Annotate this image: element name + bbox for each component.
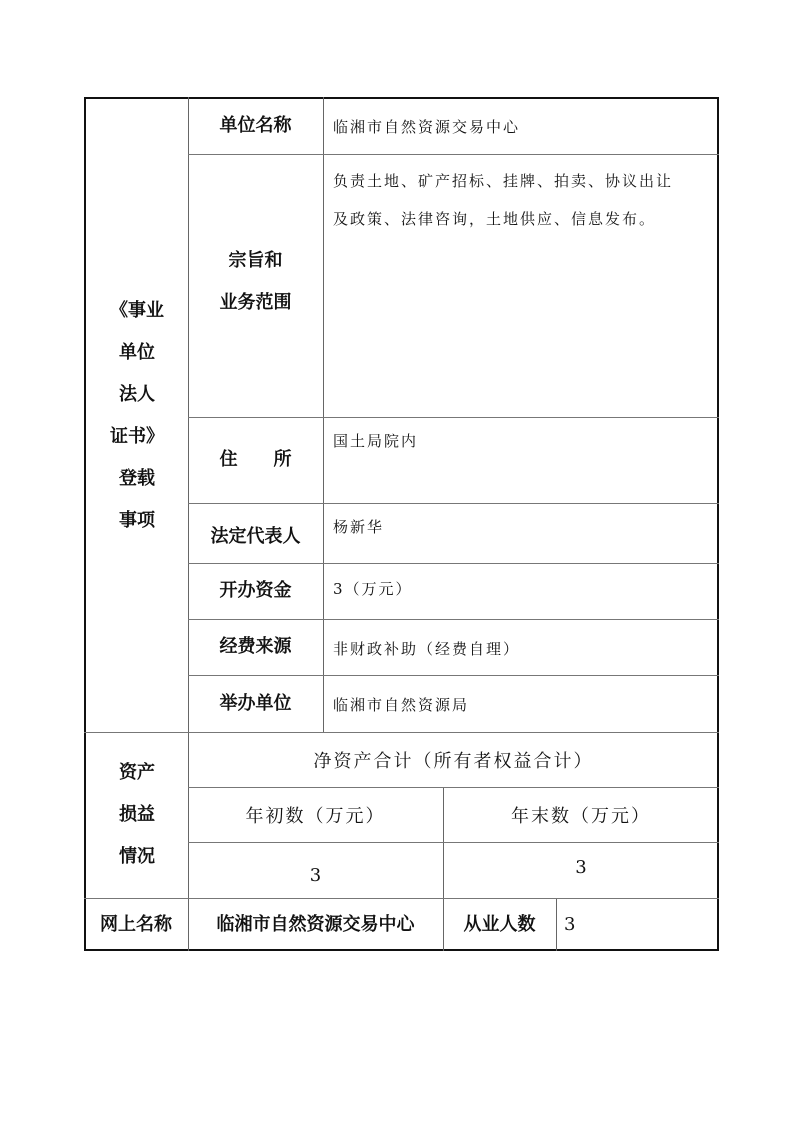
divider bbox=[188, 154, 719, 155]
online-name-label: 网上名称 bbox=[84, 898, 188, 951]
label-line: 情况 bbox=[86, 836, 188, 878]
label-line: 业务范围 bbox=[220, 282, 292, 324]
end-label: 年末数（万元） bbox=[443, 787, 719, 842]
text-line: 及政策、法律咨询，土地供应、信息发布。 bbox=[333, 200, 673, 238]
sponsor-label: 举办单位 bbox=[188, 675, 323, 732]
legal-rep-value: 杨新华 bbox=[323, 516, 384, 537]
end-value: 3 bbox=[443, 842, 719, 898]
begin-label: 年初数（万元） bbox=[188, 787, 443, 842]
sponsor-value: 临湘市自然资源局 bbox=[323, 694, 469, 715]
label-line: 《事业 bbox=[86, 290, 188, 332]
staff-count-value: 3 bbox=[564, 898, 575, 951]
capital-label: 开办资金 bbox=[188, 563, 323, 619]
staff-count-label: 从业人数 bbox=[443, 898, 556, 951]
legal-rep-label: 法定代表人 bbox=[188, 503, 323, 563]
label-line: 损益 bbox=[86, 794, 188, 836]
funding-value: 非财政补助（经费自理） bbox=[323, 638, 520, 659]
address-value: 国土局院内 bbox=[323, 430, 418, 451]
funding-label: 经费来源 bbox=[188, 619, 323, 675]
unit-name-value: 临湘市自然资源交易中心 bbox=[323, 116, 520, 137]
label-line: 宗旨和 bbox=[229, 240, 283, 282]
label-line: 法人 bbox=[86, 374, 188, 416]
label-line: 单位 bbox=[86, 332, 188, 374]
net-assets-header: 净资产合计（所有者权益合计） bbox=[188, 732, 719, 787]
online-name-value: 临湘市自然资源交易中心 bbox=[188, 898, 443, 951]
begin-value: 3 bbox=[188, 842, 443, 898]
label-line: 资产 bbox=[86, 752, 188, 794]
purpose-label: 宗旨和 业务范围 bbox=[188, 240, 323, 324]
section-label-assets: 资产 损益 情况 bbox=[86, 752, 188, 878]
section-label-certificate-items: 《事业 单位 法人 证书》 登载 事项 bbox=[86, 290, 188, 542]
document-page: 《事业 单位 法人 证书》 登载 事项 单位名称 临湘市自然资源交易中心 宗旨和… bbox=[0, 0, 794, 1122]
address-label: 住 所 bbox=[188, 417, 323, 503]
label-line: 事项 bbox=[86, 500, 188, 542]
text-line: 负责土地、矿产招标、挂牌、拍卖、协议出让 bbox=[333, 162, 673, 200]
capital-value: 3（万元） bbox=[323, 578, 413, 599]
label-line: 证书》 bbox=[86, 416, 188, 458]
divider bbox=[556, 898, 557, 951]
label-line: 登载 bbox=[86, 458, 188, 500]
unit-name-label: 单位名称 bbox=[188, 97, 323, 154]
purpose-value: 负责土地、矿产招标、挂牌、拍卖、协议出让 及政策、法律咨询，土地供应、信息发布。 bbox=[323, 162, 673, 238]
